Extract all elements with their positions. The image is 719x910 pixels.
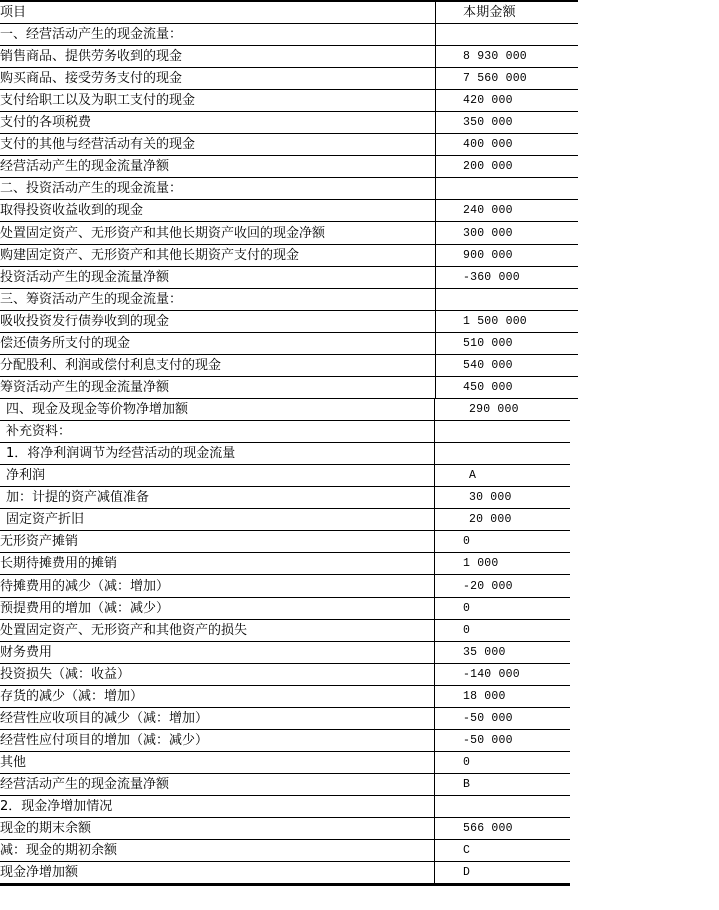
table-row: 经营活动产生的现金流量净额200 000 <box>0 156 578 178</box>
row-amount: 290 000 <box>469 399 519 420</box>
table-row: 分配股利、利润或偿付利息支付的现金540 000 <box>0 355 578 377</box>
table-row: 取得投资收益收到的现金240 000 <box>0 200 578 222</box>
table-bottom-border <box>0 884 570 886</box>
table-row: 经营性应收项目的减少（减：增加）-50 000 <box>0 708 570 730</box>
row-label: 购买商品、接受劳务支付的现金 <box>0 68 182 89</box>
row-label: 取得投资收益收到的现金 <box>0 200 143 221</box>
row-amount: 0 <box>463 752 470 773</box>
row-amount: 200 000 <box>463 156 513 177</box>
table-row: 处置固定资产、无形资产和其他资产的损失0 <box>0 620 570 642</box>
table-row: 偿还债务所支付的现金510 000 <box>0 333 578 355</box>
table-row: 其他0 <box>0 752 570 774</box>
row-label: 经营性应收项目的减少（减：增加） <box>0 708 208 729</box>
table-row: 预提费用的增加（减：减少）0 <box>0 598 570 620</box>
row-amount: 0 <box>463 598 470 619</box>
row-amount: B <box>463 774 470 795</box>
row-amount: C <box>463 840 470 861</box>
row-label: 其他 <box>0 752 26 773</box>
table-row: 减：现金的期初余额C <box>0 840 570 862</box>
row-label: 经营活动产生的现金流量净额 <box>0 156 169 177</box>
row-amount: 35 000 <box>463 642 506 663</box>
table-row: 净利润A <box>0 465 570 487</box>
row-label: 现金净增加额 <box>0 862 78 883</box>
table-row: 投资损失（减：收益）-140 000 <box>0 664 570 686</box>
row-amount: 30 000 <box>469 487 512 508</box>
row-amount: 0 <box>463 620 470 641</box>
row-amount: D <box>463 862 470 883</box>
row-label: 长期待摊费用的摊销 <box>0 553 117 574</box>
row-amount: 420 000 <box>463 90 513 111</box>
table-row: 现金的期末余额566 000 <box>0 818 570 840</box>
header-amount: 本期金额 <box>463 2 516 23</box>
row-amount: 400 000 <box>463 134 513 155</box>
row-label: 偿还债务所支付的现金 <box>0 333 130 354</box>
row-amount: 450 000 <box>463 377 513 398</box>
row-amount: 20 000 <box>469 509 512 530</box>
table-row: 补充资料： <box>0 421 570 443</box>
table-row: 1．将净利润调节为经营活动的现金流量 <box>0 443 570 465</box>
table-row: 一、经营活动产生的现金流量： <box>0 24 578 46</box>
table-header-row: 项目 本期金额 <box>0 2 578 24</box>
table-row: 加：计提的资产减值准备30 000 <box>0 487 570 509</box>
table-row: 吸收投资发行债券收到的现金1 500 000 <box>0 311 578 333</box>
row-amount: 300 000 <box>463 223 513 244</box>
table-row: 财务费用35 000 <box>0 642 570 664</box>
row-label: 补充资料： <box>6 421 71 442</box>
column-divider-bottom <box>434 398 435 885</box>
header-item: 项目 <box>0 2 26 23</box>
row-label: 2．现金净增加情况 <box>0 796 112 817</box>
row-amount: 566 000 <box>463 818 513 839</box>
table-row: 销售商品、提供劳务收到的现金8 930 000 <box>0 46 578 68</box>
table-row: 待摊费用的减少（减：增加）-20 000 <box>0 576 570 598</box>
row-label: 净利润 <box>6 465 45 486</box>
row-label: 加：计提的资产减值准备 <box>6 487 149 508</box>
row-label: 投资损失（减：收益） <box>0 664 130 685</box>
table-row: 筹资活动产生的现金流量净额450 000 <box>0 377 578 399</box>
row-amount: -50 000 <box>463 708 513 729</box>
table-row: 经营性应付项目的增加（减：减少）-50 000 <box>0 730 570 752</box>
row-amount: 900 000 <box>463 245 513 266</box>
row-amount: 510 000 <box>463 333 513 354</box>
row-label: 处置固定资产、无形资产和其他长期资产收回的现金净额 <box>0 223 325 244</box>
row-amount: -360 000 <box>463 267 520 288</box>
row-amount: 1 500 000 <box>463 311 527 332</box>
row-label: 销售商品、提供劳务收到的现金 <box>0 46 182 67</box>
row-amount: -140 000 <box>463 664 520 685</box>
row-label: 现金的期末余额 <box>0 818 91 839</box>
row-amount: 540 000 <box>463 355 513 376</box>
row-label: 1．将净利润调节为经营活动的现金流量 <box>6 443 235 464</box>
table-row: 存货的减少（减：增加）18 000 <box>0 686 570 708</box>
column-divider-top <box>435 0 436 398</box>
row-label: 待摊费用的减少（减：增加） <box>0 576 169 597</box>
row-label: 筹资活动产生的现金流量净额 <box>0 377 169 398</box>
row-label: 吸收投资发行债券收到的现金 <box>0 311 169 332</box>
table-row: 购建固定资产、无形资产和其他长期资产支付的现金900 000 <box>0 245 578 267</box>
row-label: 经营活动产生的现金流量净额 <box>0 774 169 795</box>
table-row: 固定资产折旧20 000 <box>0 509 570 531</box>
table-row: 支付给职工以及为职工支付的现金420 000 <box>0 90 578 112</box>
table-row: 二、投资活动产生的现金流量： <box>0 178 578 200</box>
row-amount: 8 930 000 <box>463 46 527 67</box>
row-amount: -20 000 <box>463 576 513 597</box>
row-label: 三、筹资活动产生的现金流量： <box>0 289 182 310</box>
table-row: 支付的其他与经营活动有关的现金400 000 <box>0 134 578 156</box>
row-amount: 240 000 <box>463 200 513 221</box>
row-label: 分配股利、利润或偿付利息支付的现金 <box>0 355 221 376</box>
row-label: 投资活动产生的现金流量净额 <box>0 267 169 288</box>
row-amount: -50 000 <box>463 730 513 751</box>
row-label: 一、经营活动产生的现金流量： <box>0 24 182 45</box>
row-label: 处置固定资产、无形资产和其他资产的损失 <box>0 620 247 641</box>
row-label: 预提费用的增加（减：减少） <box>0 598 169 619</box>
row-label: 存货的减少（减：增加） <box>0 686 143 707</box>
row-amount: 7 560 000 <box>463 68 527 89</box>
row-label: 支付给职工以及为职工支付的现金 <box>0 90 195 111</box>
row-label: 二、投资活动产生的现金流量： <box>0 178 182 199</box>
table-row: 购买商品、接受劳务支付的现金7 560 000 <box>0 68 578 90</box>
row-label: 支付的各项税费 <box>0 112 91 133</box>
table-row: 经营活动产生的现金流量净额B <box>0 774 570 796</box>
table-row: 处置固定资产、无形资产和其他长期资产收回的现金净额300 000 <box>0 223 578 245</box>
row-label: 四、现金及现金等价物净增加额 <box>6 399 188 420</box>
table-row: 四、现金及现金等价物净增加额290 000 <box>0 399 570 421</box>
row-label: 减：现金的期初余额 <box>0 840 117 861</box>
row-amount: 1 000 <box>463 553 499 574</box>
table-row: 投资活动产生的现金流量净额-360 000 <box>0 267 578 289</box>
row-label: 支付的其他与经营活动有关的现金 <box>0 134 195 155</box>
table-row: 支付的各项税费350 000 <box>0 112 578 134</box>
row-label: 经营性应付项目的增加（减：减少） <box>0 730 208 751</box>
row-label: 固定资产折旧 <box>6 509 84 530</box>
row-label: 财务费用 <box>0 642 52 663</box>
row-label: 无形资产摊销 <box>0 531 78 552</box>
table-row: 无形资产摊销0 <box>0 531 570 553</box>
table-row: 2．现金净增加情况 <box>0 796 570 818</box>
row-amount: A <box>469 465 476 486</box>
table-row: 三、筹资活动产生的现金流量： <box>0 289 578 311</box>
table-row: 现金净增加额D <box>0 862 570 884</box>
row-amount: 0 <box>463 531 470 552</box>
table-row: 长期待摊费用的摊销1 000 <box>0 553 570 575</box>
row-amount: 18 000 <box>463 686 506 707</box>
row-label: 购建固定资产、无形资产和其他长期资产支付的现金 <box>0 245 299 266</box>
row-amount: 350 000 <box>463 112 513 133</box>
